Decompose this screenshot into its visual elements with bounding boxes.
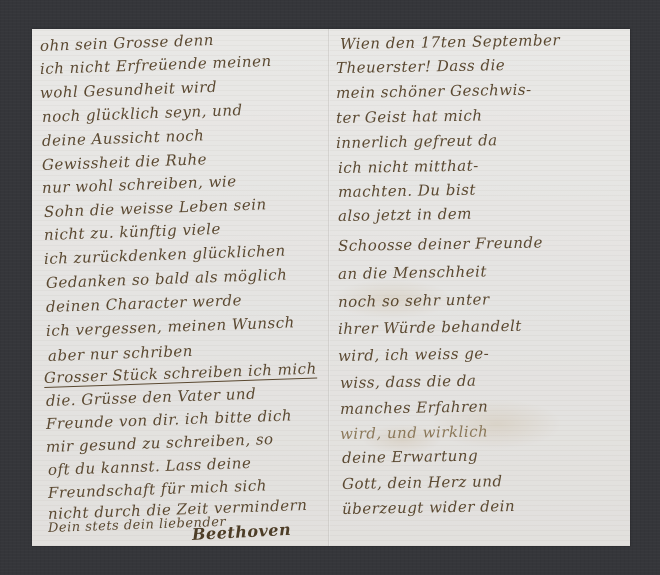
letter-line: ich vergessen, meinen Wunsch (46, 313, 295, 340)
signature: Beethoven (192, 520, 292, 544)
right-page: Wien den 17ten September Theuerster! Das… (330, 29, 630, 546)
letter-line: ihrer Würde behandelt (338, 317, 522, 338)
letter-line: wohl Gesundheit wird (40, 78, 218, 102)
letter-line: nicht zu. künftig viele (44, 220, 221, 244)
letter-line: deine Aussicht noch (42, 126, 205, 150)
letter-line: Gewissheit die Ruhe (42, 150, 208, 174)
letter-line: mir gesund zu schreiben, so (46, 430, 274, 456)
letter-line: Schoosse deiner Freunde (338, 233, 543, 255)
letter-line: ich zurückdenken glücklichen (44, 242, 286, 268)
letter-line: wiss, dass die da (340, 372, 477, 392)
letter-line: ich nicht Erfreüende meinen (40, 52, 272, 78)
letter-line: Freunde von dir. ich bitte dich (46, 406, 293, 433)
letter-line: überzeugt wider dein (342, 497, 515, 518)
letter-line: Wien den 17ten September (340, 31, 560, 53)
left-page: ohn sein Grosse denn ich nicht Erfreüend… (32, 29, 328, 546)
letter-line: ich nicht mitthat- (338, 157, 479, 177)
letter-line: aber nur schriben (48, 342, 194, 365)
letter-line: oft du kannst. Lass deine (48, 454, 252, 479)
letter-line: die. Grüsse den Vater und (46, 385, 257, 410)
underlined-phrase: Grosser Stück schreiben ich mich (44, 359, 317, 388)
letter-line: deine Erwartung (342, 447, 478, 467)
letter-line: an die Menschheit (338, 262, 487, 283)
letter-line: Sohn die weisse Leben sein (44, 195, 267, 221)
letter-line: ter Geist hat mich (336, 106, 483, 127)
letter-line: manches Erfahren (340, 397, 489, 418)
letter-line: deinen Character werde (46, 291, 243, 316)
letter-line: innerlich gefreut da (336, 131, 498, 152)
letter-line: noch so sehr unter (338, 290, 490, 311)
letter-line: wird, und wirklich (340, 422, 488, 443)
letter-line: Gott, dein Herz und (342, 472, 503, 493)
letter-line: machten. Du bist (338, 181, 476, 201)
letter-line: wird, ich weiss ge- (338, 344, 490, 365)
letter-line: Theuerster! Dass die (336, 56, 506, 77)
letter-line: mein schöner Geschwis- (336, 81, 532, 102)
letter-sheet: ohn sein Grosse denn ich nicht Erfreüend… (32, 29, 630, 546)
letter-line: ohn sein Grosse denn (40, 31, 214, 55)
letter-line: noch glücklich seyn, und (42, 101, 243, 126)
letter-line: nur wohl schreiben, wie (42, 172, 237, 197)
letter-line: Gedanken so bald als möglich (46, 266, 288, 292)
letter-line: also jetzt in dem (338, 205, 472, 225)
